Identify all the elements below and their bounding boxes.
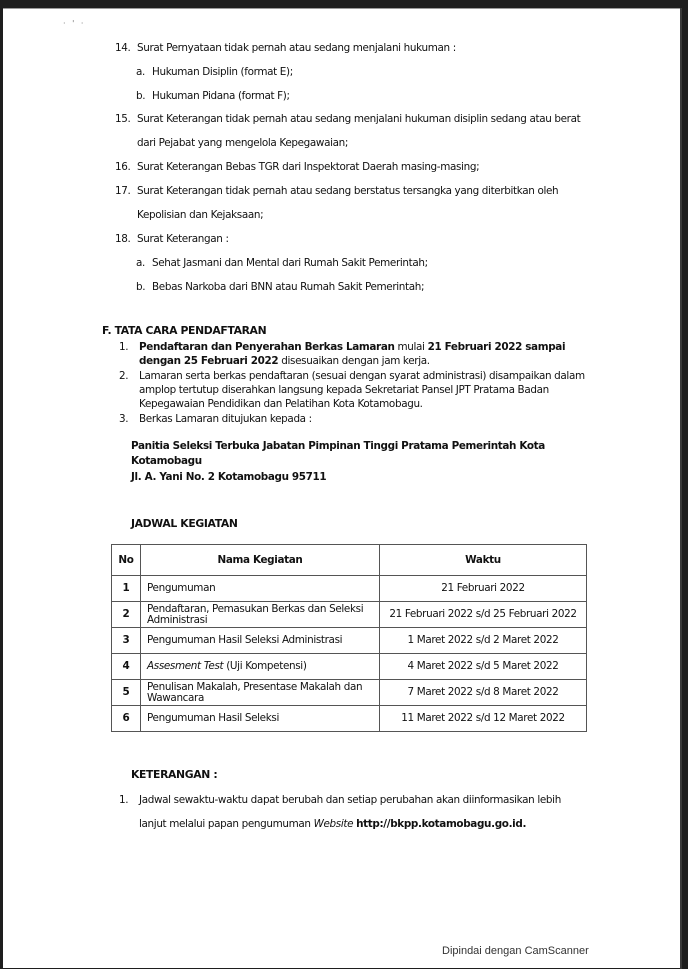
table-row: 3 Pengumuman Hasil Seleksi Administrasi …: [112, 628, 587, 654]
address-line-3: Jl. A. Yani No. 2 Kotamobagu 95711: [131, 471, 326, 483]
requirement-item-15: 15.Surat Keterangan tidak pernah atau se…: [115, 113, 580, 125]
table-row: 2 Pendaftaran, Pemasukan Berkas dan Sele…: [112, 602, 587, 628]
schedule-table: No Nama Kegiatan Waktu 1 Pengumuman 21 F…: [111, 544, 587, 732]
requirement-item-18: 18.Surat Keterangan :: [115, 233, 229, 245]
activity-time: 21 Februari 2022 s/d 25 Februari 2022: [380, 602, 587, 628]
table-row: 6 Pengumuman Hasil Seleksi 11 Maret 2022…: [112, 706, 587, 732]
website-link: http://bkpp.kotamobagu.go.id.: [356, 818, 526, 830]
scan-specks: · ' ·: [63, 19, 85, 28]
row-number: 1: [112, 576, 141, 602]
activity-name: Pengumuman: [141, 576, 380, 602]
activity-name: Penulisan Makalah, Presentase Makalah da…: [141, 680, 380, 706]
activity-name: Pendaftaran, Pemasukan Berkas dan Seleks…: [141, 602, 380, 628]
activity-name: Assesment Test (Uji Kompetensi): [141, 654, 380, 680]
requirement-item-15-cont: dari Pejabat yang mengelola Kepegawaian;: [137, 137, 348, 149]
table-row: 5 Penulisan Makalah, Presentase Makalah …: [112, 680, 587, 706]
requirement-item-18b: b.Bebas Narkoba dari BNN atau Rumah Saki…: [136, 281, 424, 293]
address-line-1: Panitia Seleksi Terbuka Jabatan Pimpinan…: [131, 440, 545, 452]
requirement-item-14b: b.Hukuman Pidana (format F);: [136, 90, 290, 102]
registration-item-3: 3.Berkas Lamaran ditujukan kepada :: [119, 413, 312, 425]
activity-name: Pengumuman Hasil Seleksi: [141, 706, 380, 732]
activity-name-rest: (Uji Kompetensi): [223, 660, 306, 672]
notes-title: KETERANGAN :: [131, 768, 217, 781]
registration-item-1-line1: 1.Pendaftaran dan Penyerahan Berkas Lama…: [119, 341, 565, 353]
requirement-item-17-cont: Kepolisian dan Kejaksaan;: [137, 209, 263, 221]
requirement-item-18a: a.Sehat Jasmani dan Mental dari Rumah Sa…: [136, 257, 428, 269]
row-number: 2: [112, 602, 141, 628]
activity-time: 7 Maret 2022 s/d 8 Maret 2022: [380, 680, 587, 706]
viewer-right-edge: [680, 8, 682, 969]
row-number: 6: [112, 706, 141, 732]
requirement-item-16: 16.Surat Keterangan Bebas TGR dari Inspe…: [115, 161, 479, 173]
activity-name-italic: Assesment Test: [147, 660, 223, 672]
row-number: 4: [112, 654, 141, 680]
camscanner-watermark: Dipindai dengan CamScanner: [442, 945, 589, 957]
activity-name: Pengumuman Hasil Seleksi Administrasi: [141, 628, 380, 654]
scanned-document-page: · ' · 14.Surat Pernyataan tidak pernah a…: [3, 8, 680, 968]
section-f-title: F. TATA CARA PENDAFTARAN: [102, 324, 266, 337]
activity-time: 1 Maret 2022 s/d 2 Maret 2022: [380, 628, 587, 654]
column-header-activity: Nama Kegiatan: [141, 545, 380, 576]
requirement-item-14a: a.Hukuman Disiplin (format E);: [136, 66, 293, 78]
activity-time: 21 Februari 2022: [380, 576, 587, 602]
row-number: 5: [112, 680, 141, 706]
requirement-item-14: 14.Surat Pernyataan tidak pernah atau se…: [115, 42, 456, 54]
activity-time: 4 Maret 2022 s/d 5 Maret 2022: [380, 654, 587, 680]
note-item-1-line2: lanjut melalui papan pengumuman Website …: [139, 818, 526, 830]
registration-item-1-line2: dengan 25 Februari 2022 disesuaikan deng…: [139, 355, 430, 367]
column-header-no: No: [112, 545, 141, 576]
table-header-row: No Nama Kegiatan Waktu: [112, 545, 587, 576]
schedule-title: JADWAL KEGIATAN: [131, 517, 238, 530]
row-number: 3: [112, 628, 141, 654]
table-row: 4 Assesment Test (Uji Kompetensi) 4 Mare…: [112, 654, 587, 680]
registration-item-2-line2: amplop tertutup diserahkan langsung kepa…: [139, 384, 549, 396]
column-header-time: Waktu: [380, 545, 587, 576]
registration-item-2-line3: Kepegawaian Pendidikan dan Pelatihan Kot…: [139, 398, 423, 410]
activity-time: 11 Maret 2022 s/d 12 Maret 2022: [380, 706, 587, 732]
requirement-item-17: 17.Surat Keterangan tidak pernah atau se…: [115, 185, 558, 197]
registration-item-2-line1: 2.Lamaran serta berkas pendaftaran (sesu…: [119, 370, 585, 382]
address-line-2: Kotamobagu: [131, 455, 202, 467]
note-item-1-line1: 1.Jadwal sewaktu-waktu dapat berubah dan…: [119, 794, 561, 806]
table-row: 1 Pengumuman 21 Februari 2022: [112, 576, 587, 602]
